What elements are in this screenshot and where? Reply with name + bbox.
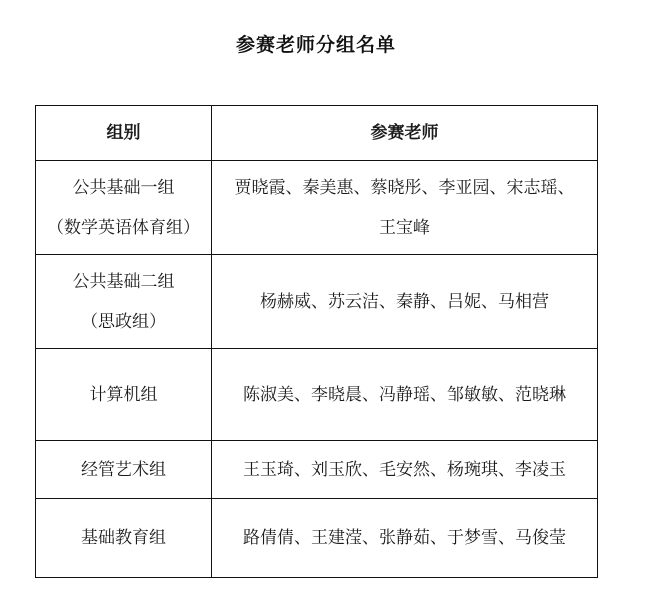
group-cell: 公共基础二组 （思政组） [36,255,212,349]
table-header-row: 组别 参赛老师 [36,106,598,161]
group-name: 计算机组 [36,375,211,415]
table-row: 计算机组 陈淑美、李晓晨、冯静瑶、邹敏敏、范晓琳 [36,349,598,441]
teacher-names-continued: 王宝峰 [212,208,597,248]
header-teachers: 参赛老师 [212,106,598,161]
teacher-names: 路倩倩、王建滢、张静茹、于梦雪、马俊莹 [212,518,597,558]
teacher-group-table: 组别 参赛老师 公共基础一组 （数学英语体育组） 贾晓霞、秦美惠、蔡晓彤、李亚园… [35,105,598,578]
teacher-names: 陈淑美、李晓晨、冯静瑶、邹敏敏、范晓琳 [212,375,597,415]
teachers-cell: 杨赫威、苏云洁、秦静、吕妮、马相营 [212,255,598,349]
group-subtitle: （思政组） [36,302,211,342]
group-cell: 计算机组 [36,349,212,441]
teacher-names: 贾晓霞、秦美惠、蔡晓彤、李亚园、宋志瑶、 [212,168,597,208]
group-name: 公共基础一组 [36,168,211,208]
group-name: 经管艺术组 [36,450,211,490]
teachers-cell: 路倩倩、王建滢、张静茹、于梦雪、马俊莹 [212,499,598,578]
group-cell: 基础教育组 [36,499,212,578]
group-name: 基础教育组 [36,518,211,558]
teacher-names: 杨赫威、苏云洁、秦静、吕妮、马相营 [212,282,597,322]
table-row: 基础教育组 路倩倩、王建滢、张静茹、于梦雪、马俊莹 [36,499,598,578]
teachers-cell: 贾晓霞、秦美惠、蔡晓彤、李亚园、宋志瑶、 王宝峰 [212,161,598,255]
teacher-names: 王玉琦、刘玉欣、毛安然、杨琬琪、李凌玉 [212,450,597,490]
table-row: 公共基础二组 （思政组） 杨赫威、苏云洁、秦静、吕妮、马相营 [36,255,598,349]
header-group: 组别 [36,106,212,161]
group-name: 公共基础二组 [36,262,211,302]
teachers-cell: 陈淑美、李晓晨、冯静瑶、邹敏敏、范晓琳 [212,349,598,441]
table-row: 经管艺术组 王玉琦、刘玉欣、毛安然、杨琬琪、李凌玉 [36,441,598,499]
group-subtitle: （数学英语体育组） [36,208,211,248]
group-cell: 经管艺术组 [36,441,212,499]
teachers-cell: 王玉琦、刘玉欣、毛安然、杨琬琪、李凌玉 [212,441,598,499]
table-row: 公共基础一组 （数学英语体育组） 贾晓霞、秦美惠、蔡晓彤、李亚园、宋志瑶、 王宝… [36,161,598,255]
group-cell: 公共基础一组 （数学英语体育组） [36,161,212,255]
document-title: 参赛老师分组名单 [0,30,632,57]
